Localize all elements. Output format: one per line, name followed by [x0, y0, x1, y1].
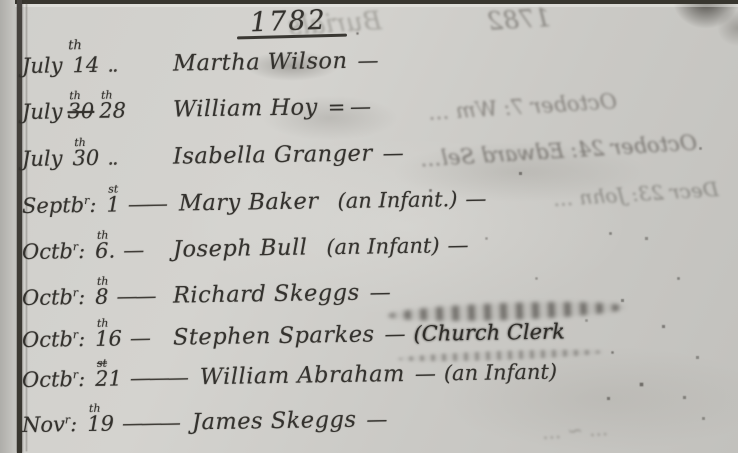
bleed-through-line: Decr 23: John …: [552, 177, 719, 211]
entry-separator: ——: [128, 192, 166, 217]
entry-dash: —: [369, 280, 389, 304]
day-number: 21: [95, 366, 122, 390]
register-entry: Octbr:th16—Stephen Sparkes—(Church Clerk: [22, 318, 573, 353]
day-suffix: th: [69, 89, 81, 102]
entry-name: Martha Wilson: [173, 48, 348, 77]
day-suffix: th: [68, 38, 82, 53]
entry-day: th6.: [95, 239, 115, 263]
entry-name: Stephen Sparkes: [173, 321, 375, 350]
day-suffix: th: [74, 136, 86, 149]
register-entry: Octbr:th8——Richard Skeggs—: [22, 279, 407, 311]
entry-separator: ———: [122, 411, 179, 436]
entry-colon: :: [78, 367, 85, 391]
register-entry: Julyth14..Martha Wilson—: [22, 47, 395, 79]
entry-day: th8: [95, 285, 109, 309]
entry-month: Octb: [22, 285, 73, 310]
entry-name: Mary Baker: [179, 188, 319, 216]
entry-dash: —: [382, 141, 402, 165]
entry-dash: —: [357, 48, 377, 72]
paper-specks: [0, 0, 1, 1]
entry-month: Octb: [22, 367, 73, 392]
entry-dash: —: [384, 322, 404, 346]
entry-dash: —: [415, 362, 435, 386]
entry-month: Nov: [22, 412, 65, 437]
entry-day: th19: [87, 412, 114, 436]
entry-separator: ..: [107, 146, 117, 170]
entry-note: (Church Clerk: [413, 319, 565, 345]
entry-date: Novr:th19———: [22, 411, 179, 437]
entry-note: (an Infant): [326, 233, 440, 259]
day-number: 16: [95, 326, 122, 350]
day-number: 19: [87, 412, 114, 436]
entry-date: Octbr:th8——: [22, 284, 160, 310]
entry-dash: = —: [328, 95, 371, 120]
day-suffix: th: [97, 317, 109, 330]
entry-separator: —: [130, 326, 149, 350]
manuscript-page: 1782 Burials 1782 October 7: Wm … Octobe…: [0, 0, 738, 453]
entry-day: th28: [99, 98, 126, 122]
entry-separator: ..: [107, 53, 117, 77]
day-suffix: th: [97, 229, 109, 242]
entry-colon: :: [70, 412, 77, 436]
day-suffix: th: [101, 89, 113, 102]
entry-month: Octb: [22, 239, 73, 264]
entry-date: Septbr:st1——: [22, 192, 166, 218]
entry-day: th16: [95, 326, 122, 350]
entry-month: July: [22, 146, 63, 171]
register-entry: Novr:th19———James Skeggs—: [22, 406, 404, 438]
register-entry: Julyth30th28William Hoy= —: [22, 93, 387, 125]
entry-colon: :: [78, 327, 85, 351]
entry-colon: :: [89, 193, 96, 217]
register-entry: Septbr:st1——Mary Baker(an Infant.)—: [22, 186, 487, 219]
day-number: 30: [72, 146, 99, 170]
entry-dash: —: [447, 233, 468, 257]
entry-month: Septb: [22, 193, 85, 218]
entry-day: st1: [106, 192, 120, 216]
entry-name: James Skeggs: [192, 407, 357, 436]
entry-month: July: [22, 99, 63, 124]
day-number: 8: [95, 285, 109, 309]
bleed-through-line: October 7: Wm …: [427, 89, 617, 124]
entry-day: th30: [72, 146, 99, 170]
register-entry: Octbr:th6.—Joseph Bull(an Infant)—: [22, 232, 469, 265]
day-suffix: th: [97, 275, 109, 288]
entry-date: Octbr:th16—: [22, 326, 160, 352]
entry-date: Julyth30th28: [22, 98, 160, 124]
entry-note: (an Infant): [444, 360, 558, 386]
day-number: 14: [72, 53, 99, 77]
entry-name: Richard Skeggs: [173, 280, 360, 309]
entry-dash: —: [465, 187, 486, 211]
entry-day: st21: [95, 366, 122, 390]
entry-name: Isabella Granger: [173, 140, 373, 169]
day-suffix: st: [97, 357, 107, 370]
day-number: 6.: [95, 239, 115, 263]
day-number: 1: [106, 192, 120, 216]
entry-name: William Hoy: [173, 94, 318, 122]
bleed-through-text: Burials: [287, 6, 382, 42]
bleed-through-line: … ~ …: [541, 418, 608, 444]
entry-date: Julyth30..: [22, 145, 160, 171]
register-entry: Octbr:st21———William Abraham—(an Infant): [22, 358, 565, 393]
entry-colon: :: [78, 285, 85, 309]
entry-date: Julyth14..: [22, 52, 160, 78]
entry-day-struck: th30: [67, 99, 94, 123]
entry-month: Octb: [22, 327, 73, 352]
entry-month: July: [22, 53, 63, 78]
entry-name: Joseph Bull: [173, 235, 308, 263]
entry-note: (an Infant.): [337, 187, 457, 213]
bleed-through-line: October 24: Edward Sel…: [420, 131, 698, 172]
entry-separator: ——: [116, 284, 154, 309]
entry-date: Octbr:st21———: [22, 365, 187, 392]
day-number: 28: [99, 98, 126, 122]
entry-dash: —: [366, 407, 386, 431]
entry-separator: ———: [130, 365, 187, 390]
entry-day: th14: [72, 53, 99, 77]
day-suffix: st: [108, 182, 118, 195]
entry-name: William Abraham: [200, 361, 405, 390]
bleed-through-year: 1782: [486, 3, 551, 36]
entry-colon: :: [78, 239, 85, 263]
entry-separator: —: [123, 238, 142, 262]
day-number-struck: 30: [67, 99, 94, 123]
entry-date: Octbr:th6.—: [22, 238, 160, 264]
binding-edge: [0, 0, 15, 453]
day-suffix: th: [89, 402, 101, 415]
register-entry: Julyth30..Isabella Granger—: [22, 140, 420, 172]
